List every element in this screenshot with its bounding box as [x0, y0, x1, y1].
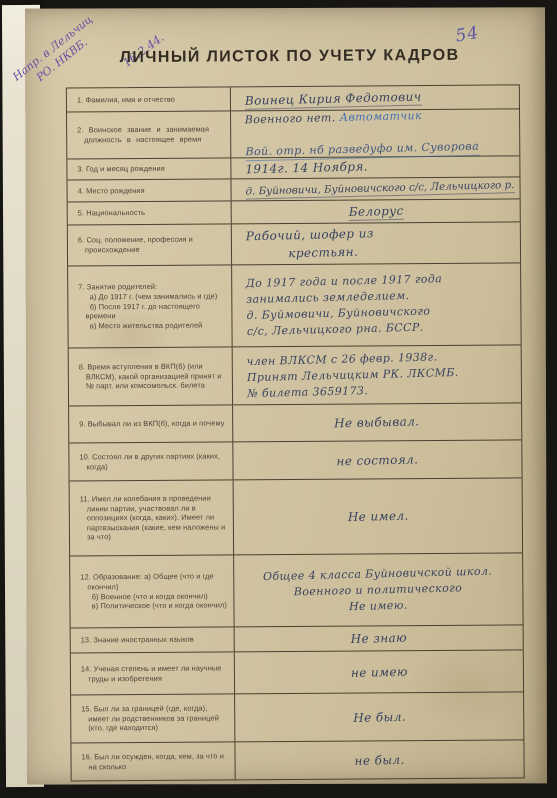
row-label: 15. Был ли за границей (где, когда), име…: [79, 703, 228, 733]
form-row-10: 10. Состоял ли в других партиях (каких, …: [69, 440, 521, 481]
form-row-4: 4. Место рождения д. Буйновичи, Буйнович…: [67, 177, 519, 202]
answer-cell: Не был.: [235, 692, 523, 741]
handwritten-answer: 1914г. 14 Ноября.: [245, 157, 368, 178]
form-row-5: 5. Национальность Белорус: [68, 199, 520, 225]
form-title: ЛИЧНЫЙ ЛИСТОК ПО УЧЕТУ КАДРОВ: [86, 47, 494, 68]
label-cell: 13. Знание иностранных языков: [71, 627, 235, 652]
label-cell: 14. Ученая степень и имеет ли научные тр…: [71, 652, 235, 694]
label-cell: 4. Место рождения: [67, 179, 231, 201]
handwritten-answer: Не имел.: [347, 507, 408, 526]
answer-cell: д. Буйновичи, Буйновичского с/с, Лельчиц…: [231, 177, 519, 200]
handwritten-answer: не имею: [350, 662, 407, 681]
scanned-sheet: Напр. в Лельчиц РО. НКВБ. 16.2.44. ЛИЧНЫ…: [25, 7, 547, 784]
handwritten-answer: не состоял.: [336, 450, 418, 470]
row-label: 9. Выбывал ли из ВКП(б), когда и почему: [77, 419, 224, 430]
label-cell: 11. Имел ли колебания в проведении линии…: [70, 480, 235, 555]
handwritten-answer: Белорус: [348, 204, 403, 221]
form-row-14: 14. Ученая степень и имеет ли научные тр…: [71, 650, 523, 695]
label-cell: 7. Занятие родителей: а) До 1917 г. (чем…: [68, 265, 233, 347]
form-row-7: 7. Занятие родителей: а) До 1917 г. (чем…: [68, 263, 521, 348]
row-label: 14. Ученая степень и имеет ли научные тр…: [79, 663, 228, 683]
form-row-9: 9. Выбывал ли из ВКП(б), когда и почему …: [69, 403, 521, 443]
answer-cell: Белорус: [232, 199, 520, 223]
label-cell: 1. Фамилия, имя и отчество: [67, 87, 231, 111]
label-cell: 2. Воинское звание и занимаемая должност…: [67, 111, 231, 158]
answer-cell: не был.: [235, 740, 523, 779]
label-cell: 9. Выбывал ли из ВКП(б), когда и почему: [69, 405, 233, 442]
label-cell: 3. Год и месяц рождения: [67, 158, 231, 179]
form-row-12: 12. Образование: а) Общее (что и где око…: [70, 553, 522, 628]
row-label: 8. Время вступления в ВКП(б) (или ВЛКСМ)…: [77, 361, 226, 391]
row-label: 2. Воинское звание и занимаемая должност…: [75, 125, 224, 145]
row-label: 6. Соц. положение, профессия и происхожд…: [76, 235, 225, 255]
label-cell: 16. Был ли осужден, когда, кем, за что и…: [71, 742, 235, 780]
form-row-16: 16. Был ли осужден, когда, кем, за что и…: [71, 740, 523, 780]
handwritten-answer: Общее 4 класса Буйновичской школ. Военно…: [263, 563, 493, 616]
form-row-8: 8. Время вступления в ВКП(б) (или ВЛКСМ)…: [69, 345, 521, 406]
answer-cell: 1914г. 14 Ноября.: [231, 156, 519, 178]
row-label: 11. Имел ли колебания в проведении линии…: [78, 493, 227, 542]
form-row-15: 15. Был ли за границей (где, когда), име…: [71, 692, 523, 743]
row-label: 3. Год и месяц рождения: [75, 164, 164, 174]
form-row-11: 11. Имел ли колебания в проведении линии…: [70, 478, 523, 556]
row-label: 5. Национальность: [76, 208, 145, 218]
label-cell: 8. Время вступления в ВКП(б) (или ВЛКСМ)…: [69, 347, 233, 405]
label-cell: 15. Был ли за границей (где, когда), име…: [71, 694, 235, 742]
answer-cell: Рабочий, шофер из крестьян.: [232, 222, 520, 264]
row-label: 1. Фамилия, имя и отчество: [75, 94, 175, 104]
row-label: 16. Был ли осужден, когда, кем, за что и…: [79, 751, 228, 771]
answer-cell: Не выбывал.: [233, 403, 521, 441]
form-row-13: 13. Знание иностранных языков Не знаю: [71, 625, 523, 653]
handwritten-answer: Не был.: [353, 707, 406, 726]
handwritten-answer: Воинец Кирия Федотович: [245, 89, 422, 109]
answer-cell: До 1917 года и после 1917 года занималис…: [232, 263, 521, 346]
answer-part-blue: Автоматчик: [339, 109, 422, 124]
form-row-2: 2. Воинское звание и занимаемая должност…: [67, 109, 519, 159]
label-cell: 10. Состоял ли в других партиях (каких, …: [69, 442, 233, 480]
answer-cell: Военного нет.Автоматчик Вой. отр. нб раз…: [231, 109, 519, 157]
label-cell: 12. Образование: а) Общее (что и где око…: [70, 555, 234, 627]
handwritten-answer: не был.: [354, 750, 405, 769]
handwritten-answer: Военного нет.Автоматчик Вой. отр. нб раз…: [245, 106, 480, 161]
answer-cell: Общее 4 класса Буйновичской школ. Военно…: [234, 553, 522, 626]
page-number: 54: [454, 23, 481, 47]
row-label: 4. Место рождения: [76, 186, 145, 196]
answer-cell: не имею: [235, 650, 523, 693]
row-label: 10. Состоял ли в других партиях (каких, …: [77, 451, 226, 471]
answer-cell: член ВЛКСМ с 26 февр. 1938г. Принят Лель…: [233, 345, 521, 404]
answer-cell: не состоял.: [233, 440, 521, 479]
handwritten-answer: До 1917 года и после 1917 года занималис…: [246, 271, 444, 340]
handwritten-answer: д. Буйновичи, Буйновичского с/с, Лельчиц…: [245, 179, 514, 200]
sheet-content: Напр. в Лельчиц РО. НКВБ. 16.2.44. ЛИЧНЫ…: [23, 6, 548, 786]
answer-cell: Не знаю: [235, 625, 523, 651]
handwritten-answer: Рабочий, шофер из крестьян.: [246, 224, 375, 263]
personnel-form-table: 1. Фамилия, имя и отчество Воинец Кирия …: [66, 84, 525, 781]
row-label: 13. Знание иностранных языков: [79, 635, 194, 645]
form-row-6: 6. Соц. положение, профессия и происхожд…: [68, 222, 520, 266]
handwritten-answer: член ВЛКСМ с 26 февр. 1938г. Принят Лель…: [246, 349, 459, 402]
answer-part-dark: Военного нет.: [245, 111, 336, 126]
row-label: 7. Занятие родителей: а) До 1917 г. (чем…: [76, 282, 225, 331]
label-cell: 6. Соц. положение, профессия и происхожд…: [68, 224, 232, 265]
row-label: 12. Образование: а) Общее (что и где око…: [78, 572, 227, 612]
handwritten-answer: Не выбывал.: [334, 412, 420, 432]
handwritten-answer: Не знаю: [350, 629, 407, 648]
label-cell: 5. Национальность: [68, 201, 232, 224]
answer-cell: Не имел.: [234, 478, 523, 554]
